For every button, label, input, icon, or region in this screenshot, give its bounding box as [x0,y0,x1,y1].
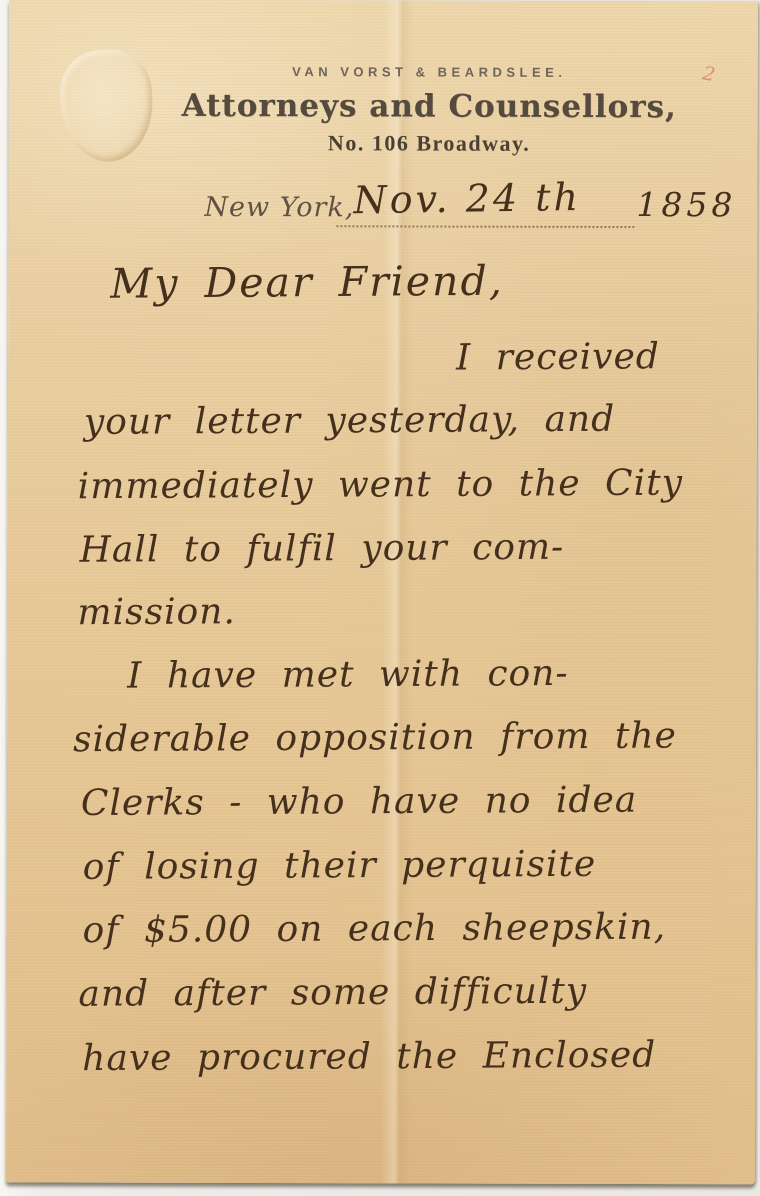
dateline-year-handwritten: 1858 [636,185,736,224]
dateline-place-printed: New York, [204,192,354,223]
letter-paper: 2 VAN VORST & BEARDSLEE. Attorneys and C… [6,0,758,1184]
dateline-date-handwritten: Nov. 24 th [353,175,581,222]
dateline: New York, Nov. 24 th 1858 [9,0,758,1]
body-line: of losing their perquisite [83,844,597,888]
firm-title: Attorneys and Counsellors, [101,88,758,126]
body-line: of $5.00 on each sheepskin, [82,907,666,952]
body-line: siderable opposition from the [73,716,677,761]
body-line: Clerks - who have no idea [81,780,638,824]
body-line: I have met with con- [127,653,569,697]
body-line: and after some difficulty [78,971,587,1015]
body-line: I received [456,336,660,378]
body-line: Hall to fulfil your com- [79,527,564,571]
letterhead: VAN VORST & BEARDSLEE. Attorneys and Cou… [9,63,758,157]
firm-name: VAN VORST & BEARDSLEE. [101,64,758,81]
firm-address: No. 106 Broadway. [101,130,758,158]
body-line: your letter yesterday, and [84,399,616,443]
body-line: mission. [77,591,236,633]
salutation: My Dear Friend, [110,257,504,308]
body-line: have procured the Enclosed [82,1035,656,1080]
body-line: immediately went to the City [78,463,683,508]
